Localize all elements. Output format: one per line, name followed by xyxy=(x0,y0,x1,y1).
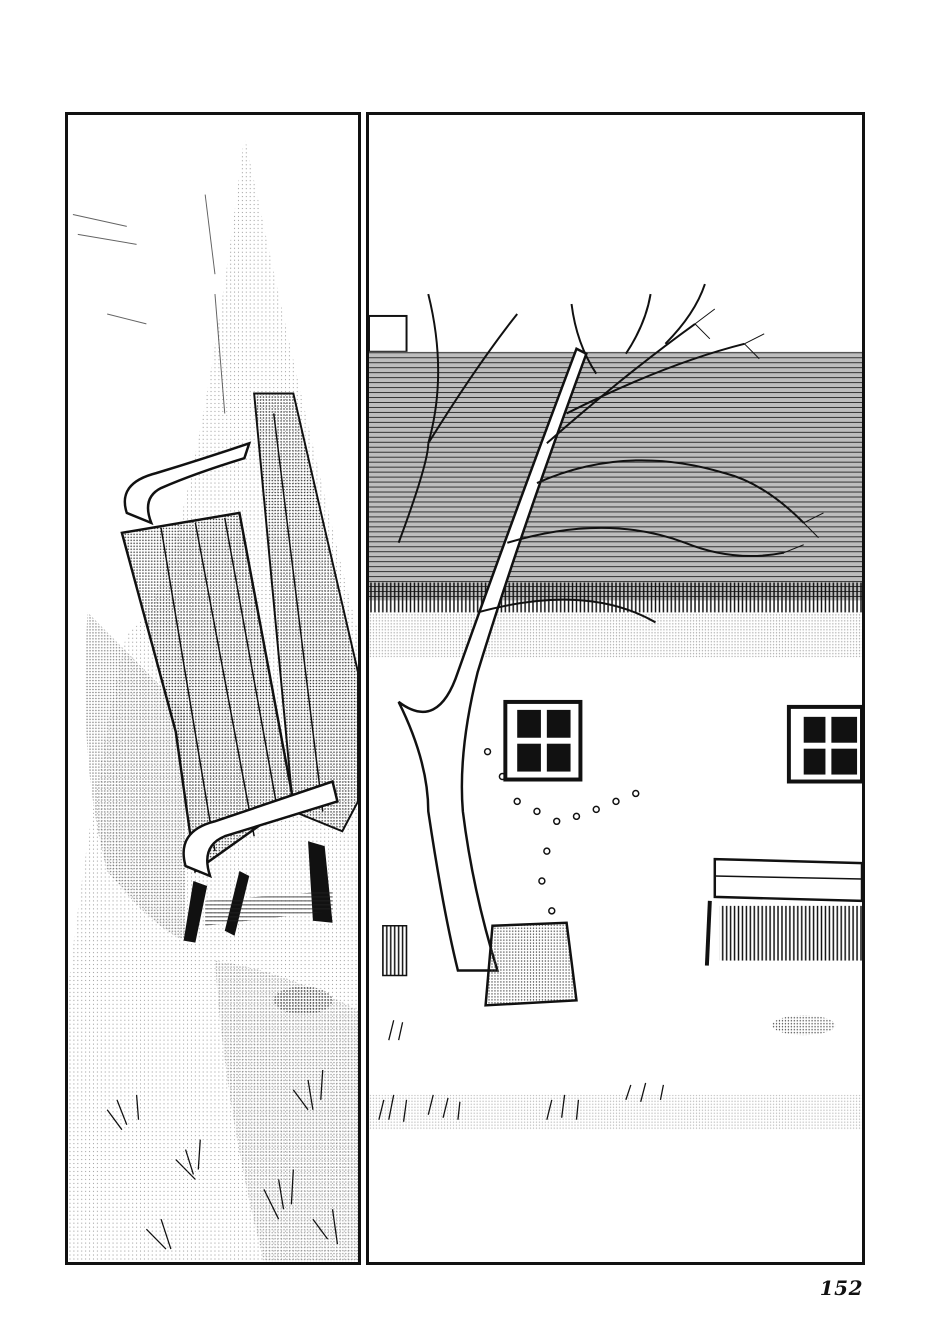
panel-left-bench-closeup xyxy=(65,112,361,1265)
page-number: 152 xyxy=(820,1276,863,1300)
window-left xyxy=(505,702,580,780)
house-and-tree-illustration xyxy=(369,115,862,1262)
window-right xyxy=(789,707,862,782)
panel-right-house-tree xyxy=(366,112,865,1265)
bench-closeup-illustration xyxy=(68,115,358,1262)
